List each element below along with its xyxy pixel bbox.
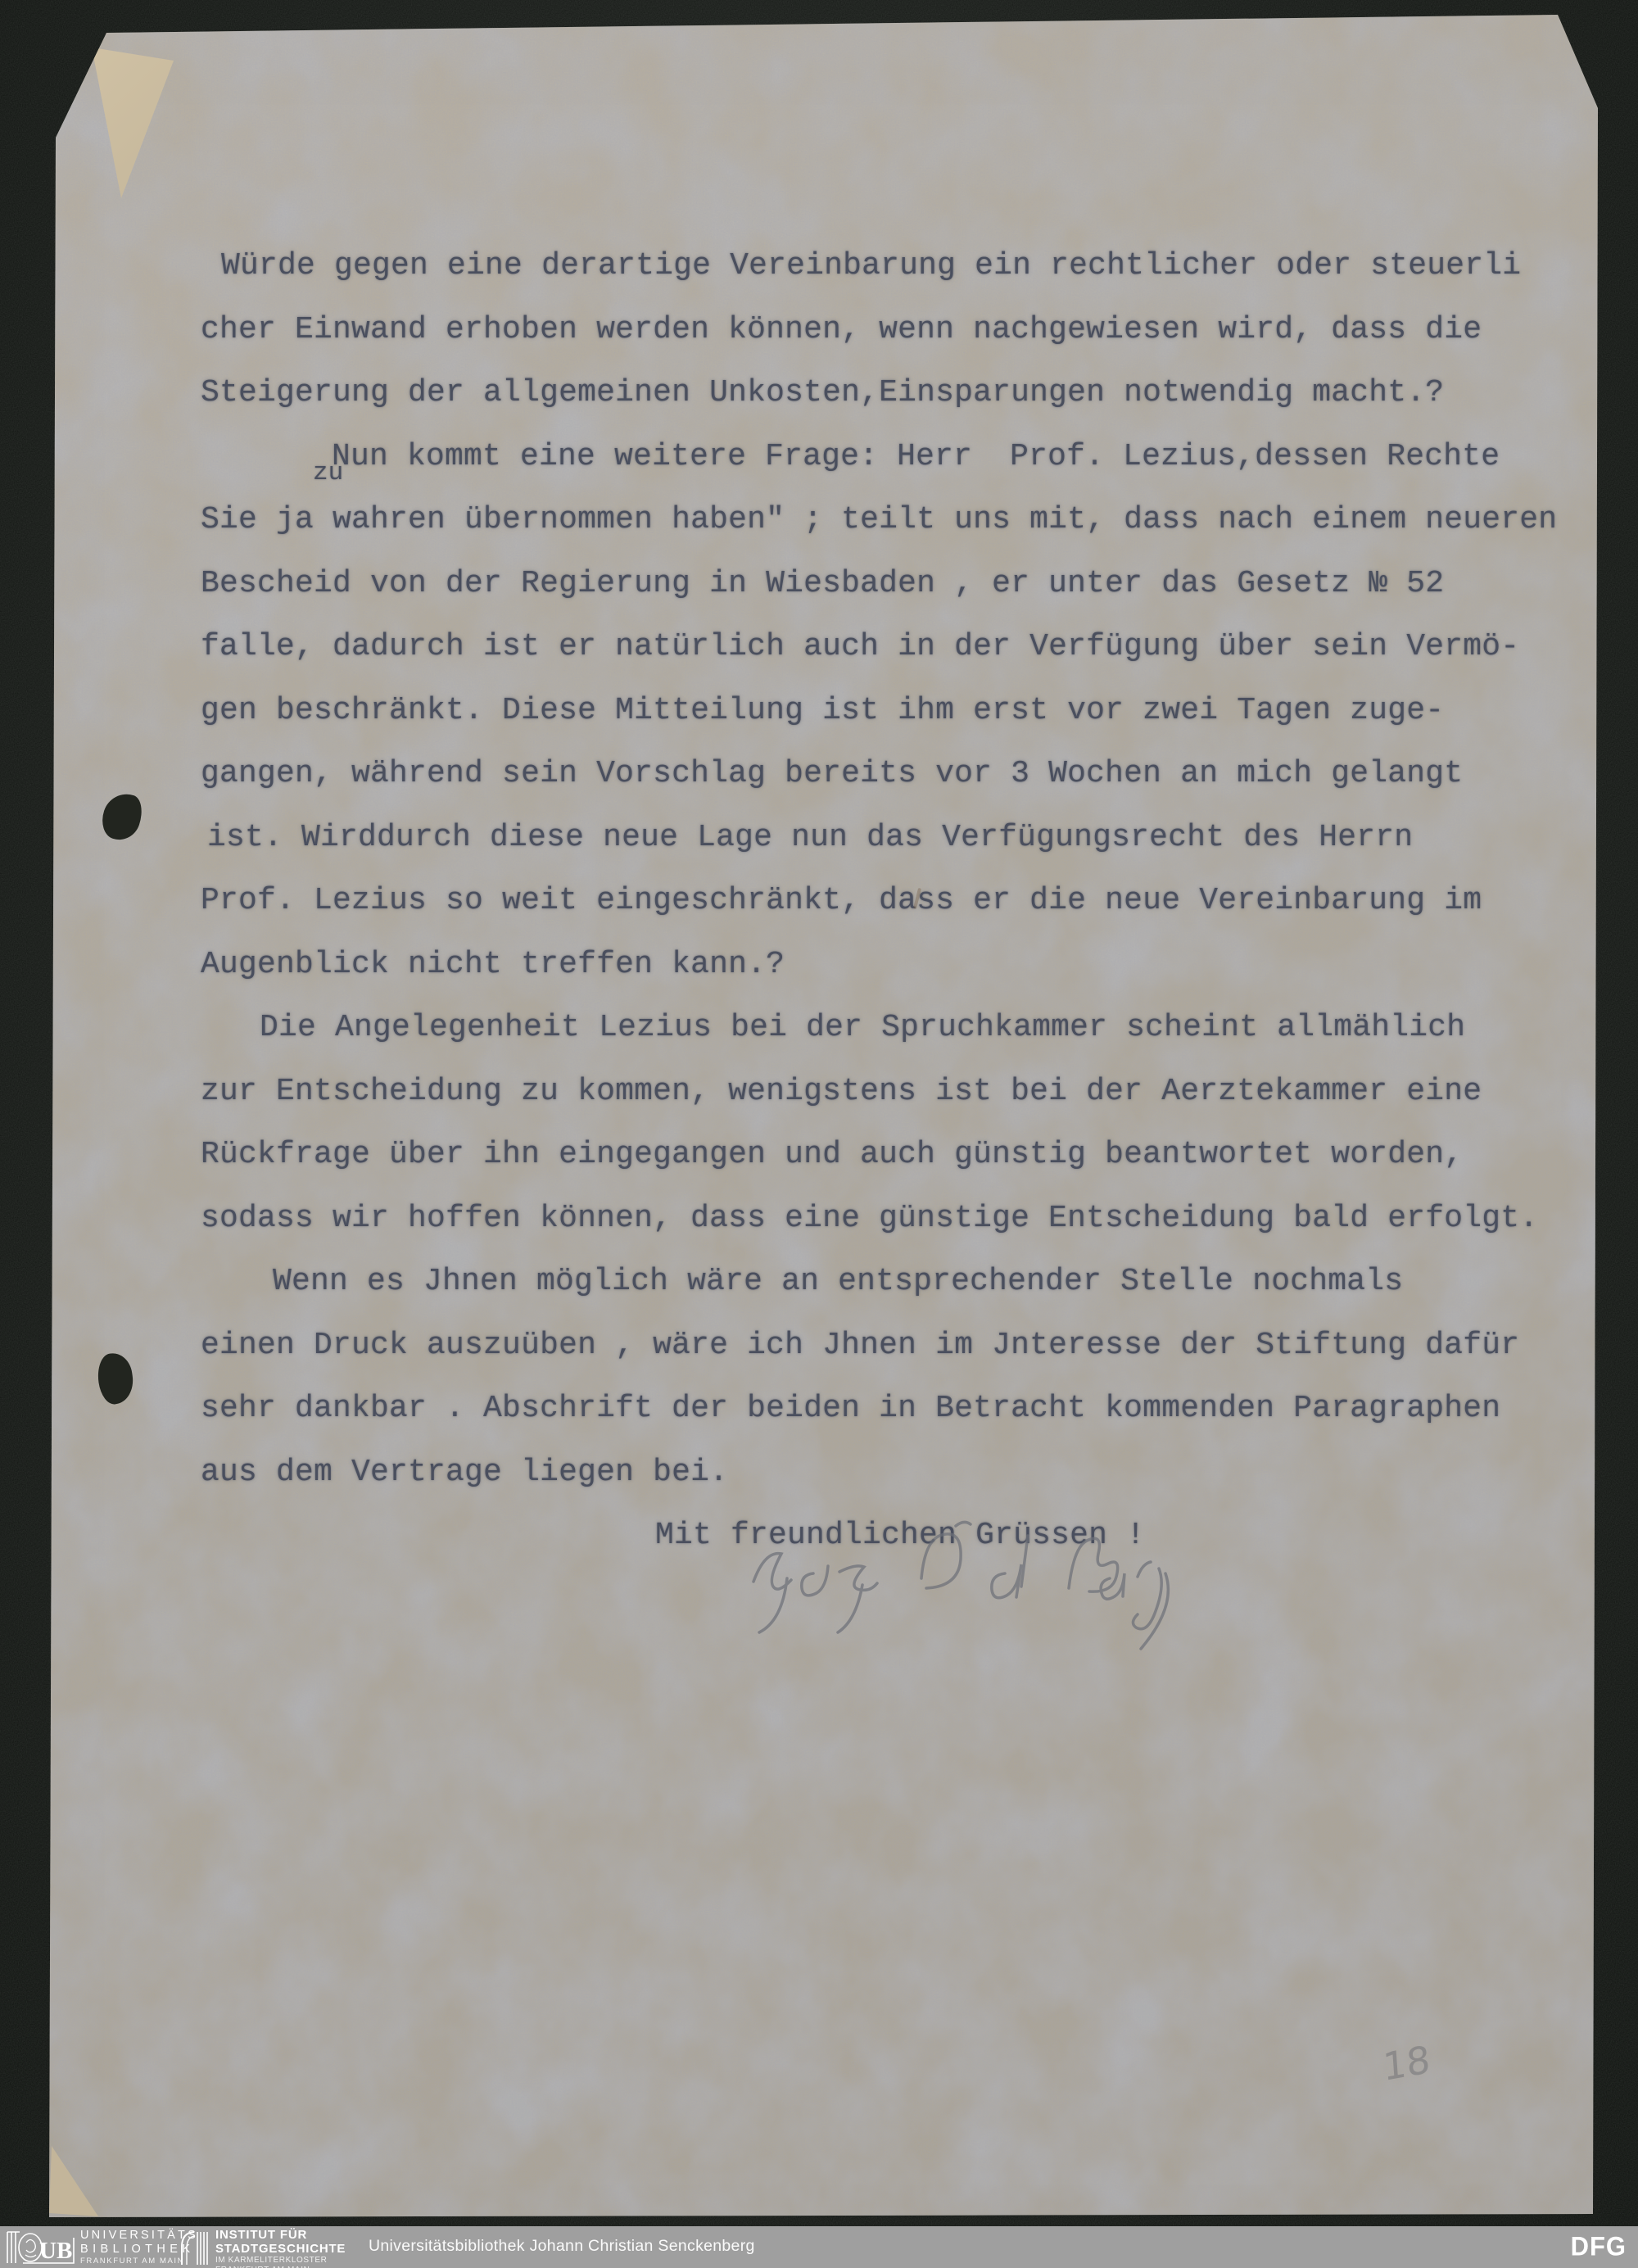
- letter-line: Wenn es Jhnen möglich wäre an entspreche…: [201, 1250, 1585, 1314]
- letter-line: gangen, während sein Vorschlag bereits v…: [201, 742, 1585, 806]
- letter-line: Prof. Lezius so weit eingeschränkt, dass…: [201, 869, 1585, 933]
- letter-line: Rückfrage über ihn eingegangen und auch …: [201, 1123, 1585, 1187]
- punch-hole-top: [97, 788, 147, 844]
- letter-line: Die Angelegenheit Lezius bei der Spruchk…: [201, 996, 1585, 1060]
- karmeliterkloster-arch-icon: [179, 2228, 210, 2266]
- letter-line: zur Entscheidung zu kommen, wenigstens i…: [201, 1060, 1585, 1124]
- library-footer-bar: UB UNIVERSITÄTS BIBLIOTHEK FRANKFURT AM …: [0, 2226, 1638, 2268]
- folded-corner-top-left: [0, 0, 246, 246]
- letter-line: Sie ja wahren übernommen haben" ; teilt …: [201, 488, 1585, 552]
- scanned-document-page: Würde gegen eine derartige Vereinbarung …: [0, 0, 1638, 2268]
- letter-line: Bescheid von der Regierung in Wiesbaden …: [201, 552, 1585, 616]
- pencil-page-note: 18: [1382, 2037, 1432, 2089]
- handwritten-signature: [717, 1503, 1192, 1659]
- institut-wordmark: INSTITUT FÜR STADTGESCHICHTE IM KARMELIT…: [215, 2229, 346, 2268]
- letter-body: Würde gegen eine derartige Vereinbarung …: [201, 234, 1585, 1568]
- library-name-text: Universitätsbibliothek Johann Christian …: [369, 2237, 755, 2256]
- institut-line-2: STADTGESCHICHTE: [215, 2243, 346, 2255]
- dfg-logo: DFG: [1571, 2231, 1627, 2262]
- letter-line: Augenblick nicht treffen kann.?: [201, 933, 1585, 997]
- letter-line: sehr dankbar . Abschrift der beiden in B…: [201, 1377, 1585, 1441]
- letter-line: Steigerung der allgemeinen Unkosten,Eins…: [201, 361, 1585, 425]
- letter-line: sodass wir hoffen können, dass eine güns…: [201, 1187, 1585, 1251]
- ub-logo-letters: UB: [39, 2238, 72, 2264]
- letter-line: cher Einwand erhoben werden können, wenn…: [201, 298, 1585, 362]
- letter-paper: Würde gegen eine derartige Vereinbarung …: [0, 0, 1638, 2268]
- letter-line: Nun kommt eine weitere Frage: Herr Prof.…: [201, 425, 1585, 489]
- letter-line: einen Druck auszuüben , wäre ich Jhnen i…: [201, 1314, 1585, 1378]
- institut-line-3: IM KARMELITERKLOSTER: [215, 2257, 346, 2265]
- punch-hole-bottom: [95, 1351, 136, 1406]
- letter-line: falle, dadurch ist er natürlich auch in …: [201, 615, 1585, 679]
- superscript-insertion: zu: [313, 459, 343, 487]
- ub-library-logo: UB: [5, 2228, 77, 2266]
- letter-line: gen beschränkt. Diese Mitteilung ist ihm…: [201, 679, 1585, 743]
- letter-line: ist. Wirddurch diese neue Lage nun das V…: [201, 806, 1585, 870]
- letter-line: Würde gegen eine derartige Vereinbarung …: [201, 234, 1585, 298]
- institut-line-1: INSTITUT FÜR: [215, 2229, 346, 2241]
- letter-line: aus dem Vertrage liegen bei.: [201, 1441, 1585, 1505]
